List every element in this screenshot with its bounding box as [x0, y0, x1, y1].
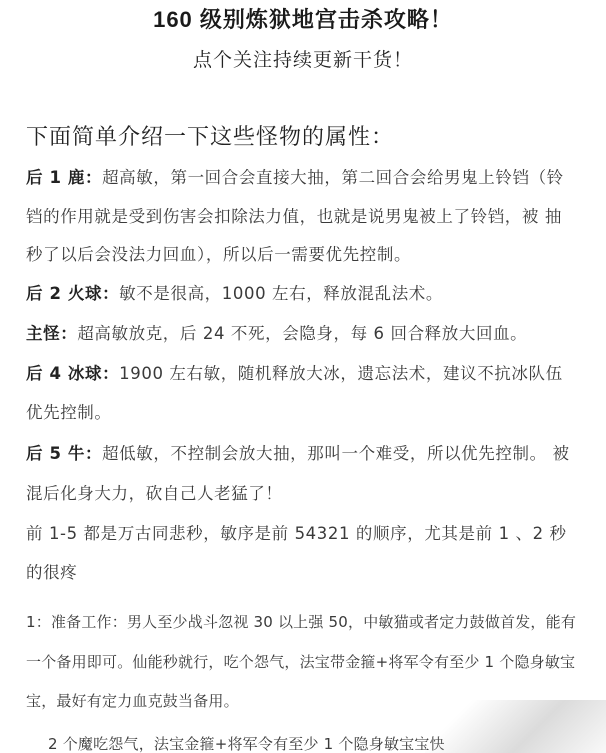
page-curl-shadow [425, 700, 606, 753]
note-line-2: 的很疼 [26, 559, 77, 583]
monster-5-name: 后 5 牛： [26, 444, 102, 463]
monster-1-line-3: 秒了以后会没法力回血），所以后一需要优先控制。 [26, 241, 411, 265]
article-subtitle: 点个关注持续更新干货！ [0, 45, 606, 72]
prep-line-3: 宝，最好有定力血克鼓当备用。 [26, 690, 239, 711]
monster-1-line-1: 后 1 鹿：超高敏，第一回合会直接大抽，第二回合会给男鬼上铃铛（铃 [26, 164, 564, 188]
cut-off-line: 2 个魔吃怨气，法宝金箍+将军令有至少 1 个隐身敏宝宝快 [48, 733, 445, 753]
monster-5-line-1: 后 5 牛：超低敏，不控制会放大抽，那叫一个难受，所以优先控制。 被 [26, 440, 570, 464]
monster-4-name: 后 4 冰球： [26, 364, 119, 383]
monster-2-line-1: 后 2 火球：敏不是很高，1000 左右，释放混乱法术。 [26, 280, 443, 304]
main-boss-line-1: 主怪：超高敏放克，后 24 不死，会隐身，每 6 回合释放大回血。 [26, 320, 527, 344]
monster-1-line-2: 铛的作用就是受到伤害会扣除法力值，也就是说男鬼被上了铃铛，被 抽 [26, 203, 562, 227]
monster-5-line-2: 混后化身大力，砍自己人老猛了！ [26, 480, 283, 504]
main-boss-name: 主怪： [26, 324, 77, 343]
monster-4-line-1: 后 4 冰球：1900 左右敏，随机释放大冰，遗忘法术，建议不抗冰队伍 [26, 360, 563, 384]
article-title: 160 级别炼狱地宫击杀攻略！ [0, 3, 606, 34]
prep-line-2: 一个备用即可。仙能秒就行，吃个怨气，法宝带金箍+将军令有至少 1 个隐身敏宝 [26, 651, 575, 672]
monster-1-name: 后 1 鹿： [26, 168, 102, 187]
monster-2-name: 后 2 火球： [26, 284, 119, 303]
note-line-1: 前 1-5 都是万古同悲秒，敏序是前 54321 的顺序，尤其是前 1 、2 秒 [26, 520, 567, 544]
section-heading: 下面简单介绍一下这些怪物的属性： [26, 120, 394, 151]
monster-4-line-2: 优先控制。 [26, 399, 112, 423]
prep-line-1: 1：准备工作：男人至少战斗忽视 30 以上强 50，中敏猫或者定力鼓做首发，能有 [26, 611, 576, 632]
